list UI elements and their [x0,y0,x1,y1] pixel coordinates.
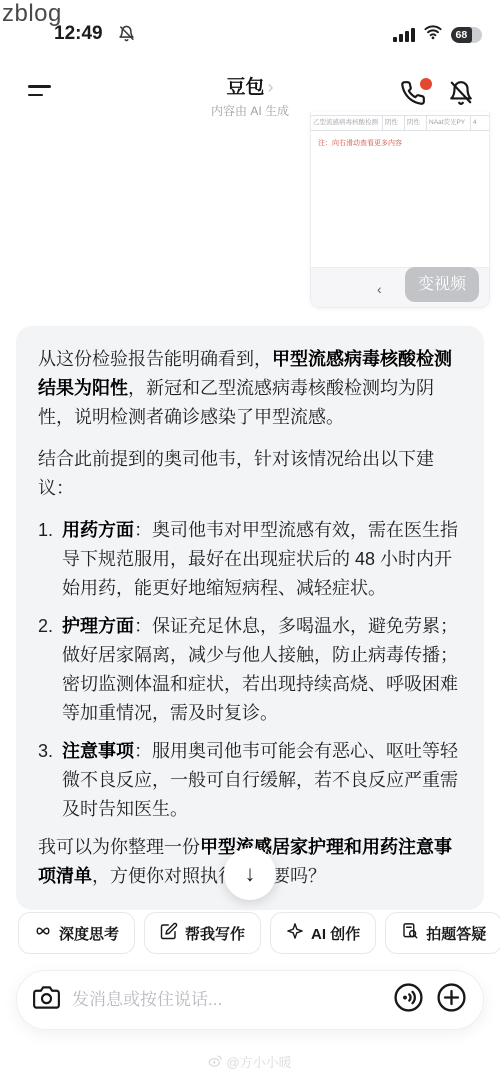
voice-call-button[interactable] [400,80,430,110]
chip-label: 拍题答疑 [426,923,486,944]
author-watermark: @方小小暖 [0,1052,500,1071]
mute-bell-icon [118,25,135,47]
status-right-cluster: 68 [393,24,479,45]
wifi-icon [423,24,443,45]
clock: 12:49 [54,23,103,45]
message-paragraph: 从这份检验报告能明确看到，甲型流感病毒核酸检测结果为阳性，新冠和乙型流感病毒核酸… [38,345,462,432]
app-screen: zblog 12:49 68 [0,0,500,1086]
list-item: 3. 注意事项：服用奥司他韦可能会有恶心、呕吐等轻微不良反应，一般可自行缓解，若… [38,737,462,824]
chip-label: 帮我写作 [185,923,245,944]
list-item: 2. 护理方面：保证充足休息，多喝温水，避免劳累；做好居家隔离，减少与他人接触，… [38,612,462,728]
camera-icon[interactable] [33,984,60,1016]
text-segment: 我可以为你整理一份 [38,837,200,857]
chip-deep-thinking[interactable]: 深度思考 [18,912,135,954]
report-cell: 4 [471,116,485,130]
signal-icon [393,27,415,42]
scroll-to-bottom-button[interactable]: ↓ [224,848,276,900]
list-number: 1. [38,516,62,603]
text-segment-bold: 用药方面 [62,520,134,540]
text-segment-bold: 注意事项 [62,741,134,761]
report-cell: 阴性 [405,116,427,130]
quick-actions-bar: 深度思考 帮我写作 AI 创作 [18,912,500,954]
page-title: 豆包 [226,77,264,98]
report-cell: 乙型流感病毒核酸检测 [311,116,383,130]
to-video-button[interactable]: 变视频 [405,267,479,302]
menu-button[interactable] [28,85,54,101]
weibo-icon [208,1054,223,1070]
plus-icon[interactable] [436,982,467,1018]
knot-icon [34,922,52,944]
message-input-bar [16,970,484,1030]
collapse-chevron-icon[interactable]: ‹ [377,281,382,297]
report-cell: NAat荧光PY [427,116,471,130]
edit-icon [160,922,178,944]
chip-label: AI 创作 [311,923,360,944]
watermark-text: @方小小暖 [226,1052,291,1071]
report-cell: 阴性 [383,116,405,130]
report-table-row: 乙型流感病毒核酸检测 阴性 阴性 NAat荧光PY 4 [311,115,489,131]
photo-question-icon [401,922,419,944]
chip-photo-solve[interactable]: 拍题答疑 [385,912,500,954]
chevron-right-icon: › [268,77,274,97]
message-input[interactable] [72,990,393,1010]
text-segment: 从这份检验报告能明确看到， [38,349,272,369]
text-segment-bold: 护理方面 [62,616,134,636]
chip-label: 深度思考 [59,923,119,944]
voice-mode-icon[interactable] [393,982,424,1018]
sparkle-icon [286,922,304,944]
lab-report-image[interactable]: 乙型流感病毒核酸检测 阴性 阴性 NAat荧光PY 4 注：向右滑动查看更多内容… [310,112,490,308]
swipe-hint-note: 注：向右滑动查看更多内容 [318,138,489,148]
chip-ai-create[interactable]: AI 创作 [270,912,376,954]
message-paragraph: 结合此前提到的奥司他韦，针对该情况给出以下建议： [38,445,462,503]
status-bar: 12:49 68 [0,22,500,48]
list-number: 3. [38,737,62,824]
battery-icon: 68 [451,27,479,43]
text-segment: ，方便你对照执行，需要吗？ [92,866,326,886]
list-number: 2. [38,612,62,728]
battery-percent: 68 [451,27,473,43]
notification-dot [420,78,432,90]
arrow-down-icon: ↓ [245,861,256,887]
chip-help-me-write[interactable]: 帮我写作 [144,912,261,954]
list-item: 1. 用药方面：奥司他韦对甲型流感有效，需在医生指导下规范服用，最好在出现症状后… [38,516,462,603]
advice-list: 1. 用药方面：奥司他韦对甲型流感有效，需在医生指导下规范服用，最好在出现症状后… [38,516,462,824]
text-segment: 结合此前提到的奥司他韦，针对该情况给出以下建议： [38,449,434,498]
ai-message-bubble: 从这份检验报告能明确看到，甲型流感病毒核酸检测结果为阳性，新冠和乙型流感病毒核酸… [16,326,484,910]
notifications-off-button[interactable] [448,80,478,110]
